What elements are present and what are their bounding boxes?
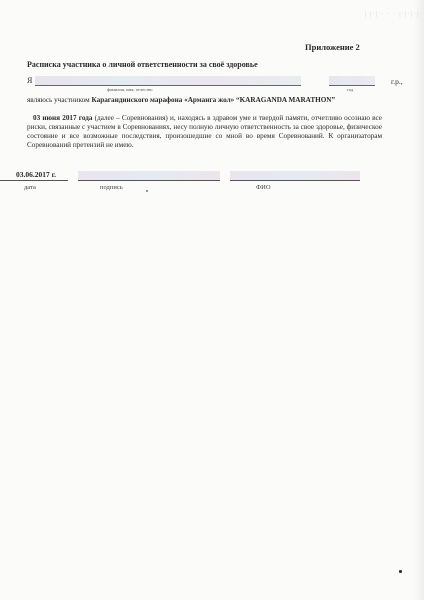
full-name-field[interactable] [230, 171, 360, 181]
event-name: Карагандинского марафона «Армангa жол» “… [91, 96, 335, 104]
date-label: дата [24, 184, 36, 191]
scan-speck [399, 570, 402, 573]
birth-year-field[interactable] [329, 76, 375, 86]
signature-field[interactable] [78, 171, 220, 181]
document-title: Расписка участника о личной ответственно… [27, 60, 258, 69]
participant-text: являюсь участником [27, 96, 91, 104]
date-value: 03.06.2017 г. [16, 170, 56, 179]
full-name-label: ФИО [256, 184, 271, 191]
declaration-line: Я фамилия, имя, отчество год г.р., [27, 76, 407, 96]
document-page: | |·| · · · |·|·|·|· Приложение 2 Распис… [0, 0, 424, 600]
fio-field[interactable] [35, 76, 301, 86]
faint-stamp: | |·| · · · |·|·|·|· [365, 10, 422, 18]
scan-edge-shadow [414, 0, 424, 600]
year-sublabel: год [347, 87, 353, 92]
date-underline [0, 180, 68, 181]
participant-paragraph: являюсь участником Карагандинского мараф… [27, 96, 382, 105]
birth-year-suffix: г.р., [391, 77, 403, 86]
signature-label: подпись [100, 184, 123, 191]
appendix-label: Приложение 2 [305, 42, 360, 52]
scan-speck [146, 190, 148, 192]
liability-paragraph: 03 июня 2017 года (далее – Соревнования)… [27, 114, 382, 150]
signature-row: 03.06.2017 г. дата подпись ФИО [0, 170, 424, 194]
fio-sublabel: фамилия, имя, отчество [107, 87, 153, 92]
pronoun-label: Я [27, 76, 32, 85]
event-date: 03 июня 2017 года [33, 114, 92, 122]
